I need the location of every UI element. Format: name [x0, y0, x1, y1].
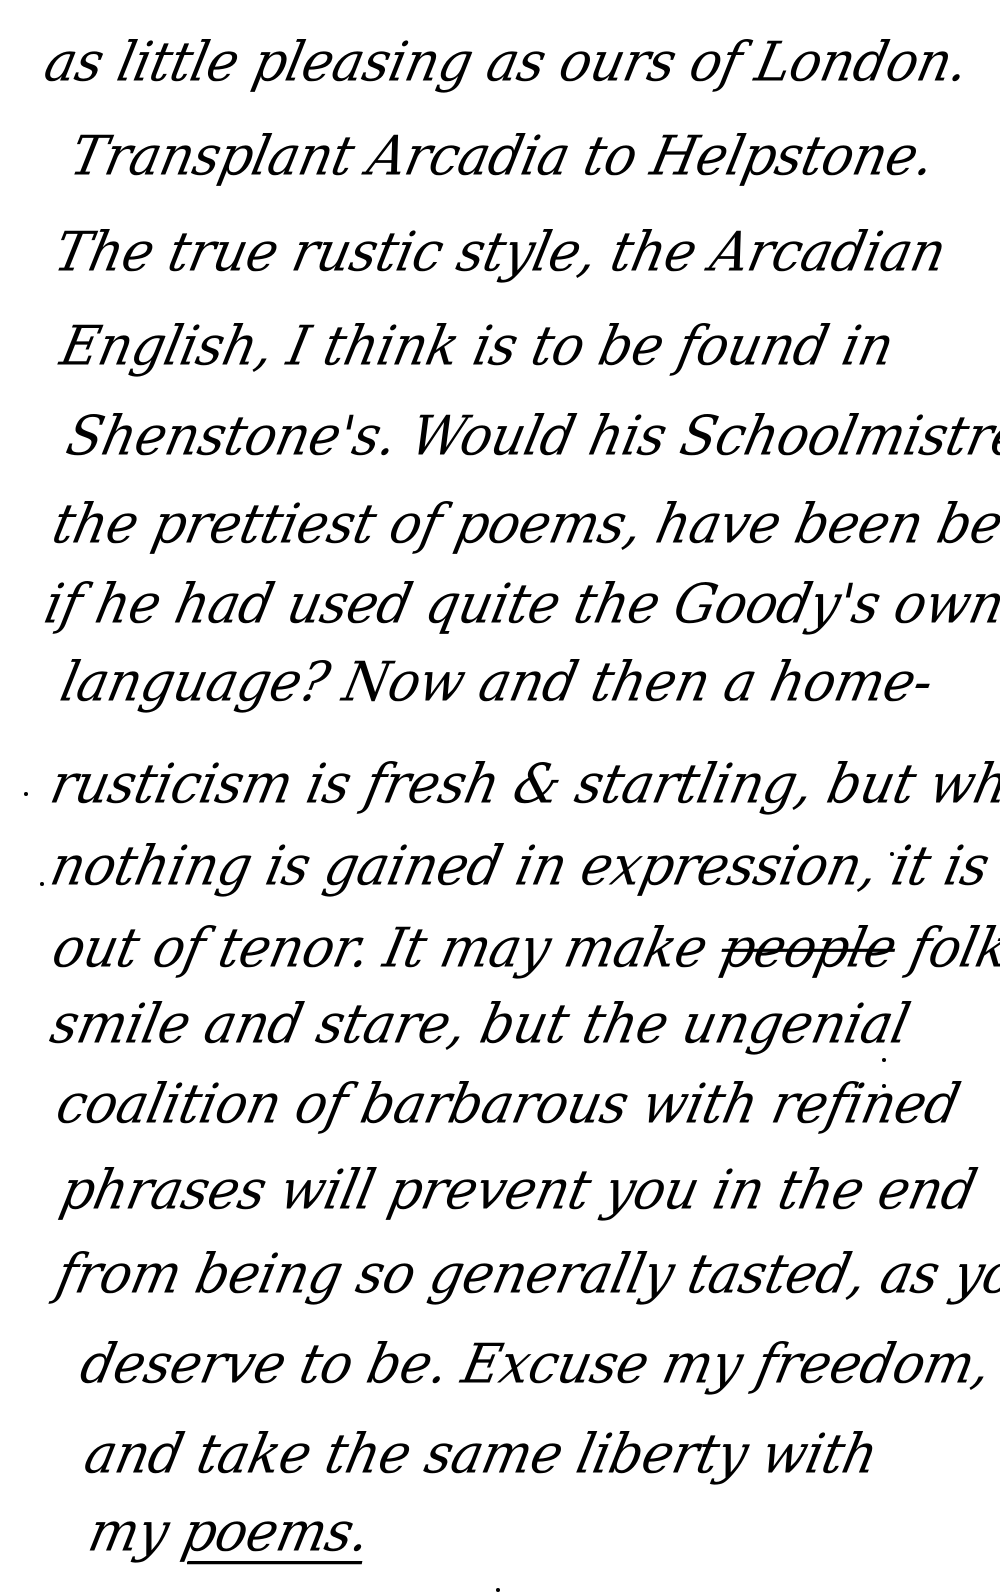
- manuscript-line-2: Transplant Arcadia to Helpstone.: [66, 129, 939, 184]
- manuscript-line-11: out of tenor. It may make people folks: [48, 921, 1000, 976]
- underlined-word: poems.: [177, 1501, 375, 1564]
- manuscript-line-4: English, I think is to be found in: [56, 319, 898, 374]
- manuscript-line-16: deserve to be. Excuse my freedom,: [76, 1337, 995, 1392]
- manuscript-line-3: The true rustic style, the Arcadian: [50, 225, 950, 280]
- manuscript-line-9: rusticism is fresh & startling, but wher…: [46, 757, 1000, 812]
- ink-speck: [882, 1084, 886, 1088]
- struck-word: people: [715, 917, 901, 980]
- manuscript-line-8: language? Now and then a home-: [56, 655, 937, 710]
- ink-speck: [24, 792, 28, 796]
- manuscript-line-7: if he had used quite the Goody's own: [40, 577, 1000, 632]
- manuscript-line-10: nothing is gained in expression, it is: [46, 839, 993, 894]
- manuscript-line-18: my poems.: [84, 1505, 374, 1560]
- ink-speck: [496, 1588, 500, 1592]
- ink-speck: [890, 852, 894, 856]
- manuscript-line-13: coalition of barbarous with refined: [52, 1077, 964, 1132]
- manuscript-line-1: as little pleasing as ours of London.: [40, 35, 973, 90]
- ink-speck: [882, 1058, 886, 1062]
- manuscript-line-17: and take the same liberty with: [80, 1427, 882, 1482]
- ink-speck: [884, 1016, 888, 1020]
- manuscript-line-12: smile and stare, but the ungenial: [46, 997, 914, 1052]
- manuscript-page: as little pleasing as ours of London. Tr…: [0, 0, 1000, 1593]
- manuscript-line-5: Shenstone's. Would his Schoolmistress,: [62, 409, 1000, 464]
- manuscript-line-15: from being so generally tasted, as you: [52, 1247, 1000, 1302]
- correction-word: folks: [904, 917, 1000, 980]
- line-11-text: out of tenor. It may make: [47, 917, 713, 980]
- line-18-text: my: [83, 1501, 174, 1564]
- manuscript-line-14: phrases will prevent you in the end: [56, 1163, 981, 1218]
- ink-speck: [40, 882, 44, 886]
- manuscript-line-6: the prettiest of poems, have been better…: [48, 497, 1000, 552]
